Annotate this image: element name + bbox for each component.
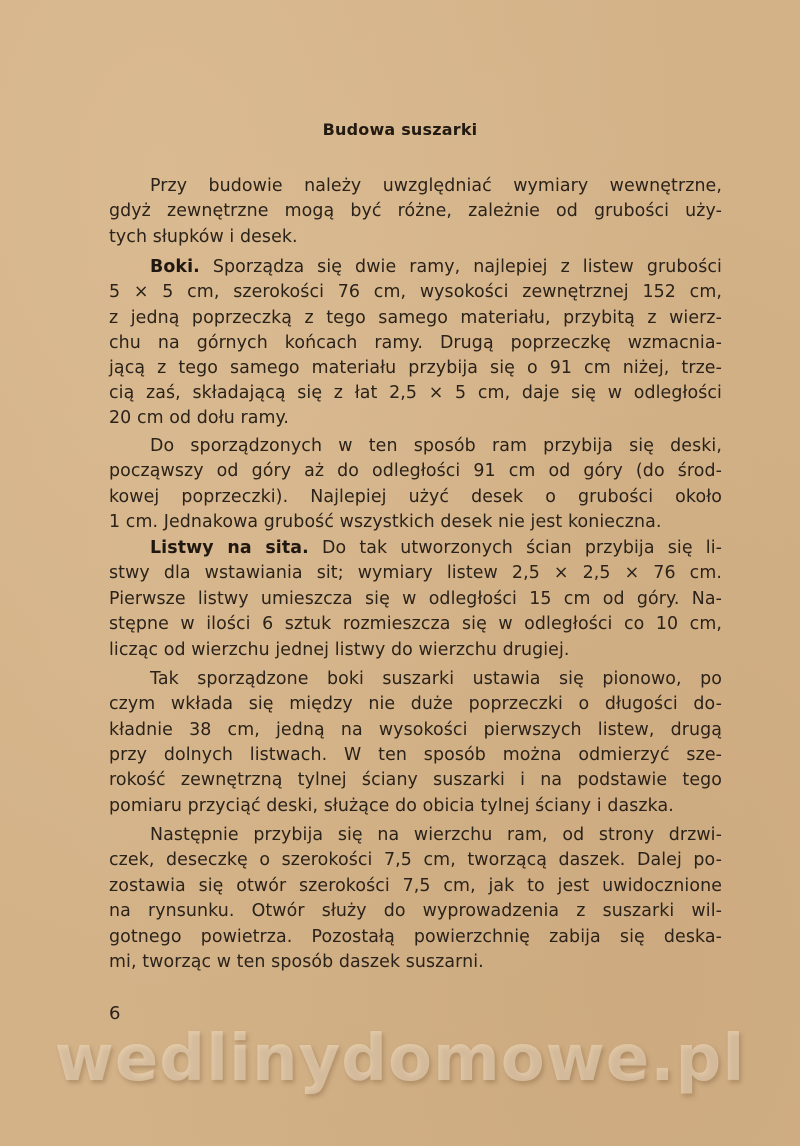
watermark: wedlinydomowe.pl	[0, 1022, 800, 1096]
text-line: zostawia się otwór szerokości 7,5 cm, ja…	[109, 874, 722, 898]
text-line: tych słupków i desek.	[109, 225, 722, 249]
text-line: jącą z tego samego materiału przybija si…	[109, 356, 722, 380]
text-line: począwszy od góry aż do odległości 91 cm…	[109, 459, 722, 483]
text-line: gotnego powietrza. Pozostałą powierzchni…	[109, 925, 722, 949]
text-line: Przy budowie należy uwzględniać wymiary …	[150, 174, 722, 198]
text-line: kładnie 38 cm, jedną na wysokości pierws…	[109, 718, 722, 742]
text-line: mi, tworząc w ten sposób daszek suszarni…	[109, 950, 722, 974]
text-line: 5 × 5 cm, szerokości 76 cm, wysokości ze…	[109, 280, 722, 304]
document-page: Budowa suszarki Przy budowie należy uwzg…	[0, 0, 800, 1146]
section-lead-boki: Boki.	[150, 257, 200, 277]
text-line: kowej poprzeczki). Najlepiej użyć desek …	[109, 485, 722, 509]
text-line: przy dolnych listwach. W ten sposób możn…	[109, 743, 722, 767]
text-line: cią zaś, składającą się z łat 2,5 × 5 cm…	[109, 381, 722, 405]
text-line: Tak sporządzone boki suszarki ustawia si…	[150, 667, 722, 691]
text-line: na rynsunku. Otwór służy do wyprowadzeni…	[109, 899, 722, 923]
text-line: Boki. Sporządza się dwie ramy, najlepiej…	[150, 255, 722, 279]
text-line: stępne w ilości 6 sztuk rozmieszcza się …	[109, 612, 722, 636]
page-number: 6	[109, 1003, 120, 1024]
text-line: z jedną poprzeczką z tego samego materia…	[109, 306, 722, 330]
text-line: Pierwsze listwy umieszcza się w odległoś…	[109, 587, 722, 611]
text-line: gdyż zewnętrzne mogą być różne, zależnie…	[109, 199, 722, 223]
text-line: czek, deseczkę o szerokości 7,5 cm, twor…	[109, 848, 722, 872]
text-line: 1 cm. Jednakowa grubość wszystkich desek…	[109, 510, 722, 534]
text-line: Listwy na sita. Do tak utworzonych ścian…	[150, 536, 722, 560]
text-line: Do sporządzonych w ten sposób ram przybi…	[150, 434, 722, 458]
text-line: chu na górnych końcach ramy. Drugą poprz…	[109, 331, 722, 355]
page-title: Budowa suszarki	[0, 120, 800, 139]
text-line: Następnie przybija się na wierzchu ram, …	[150, 823, 722, 847]
text-line: czym wkłada się między nie duże poprzecz…	[109, 692, 722, 716]
text-line: 20 cm od dołu ramy.	[109, 406, 722, 430]
text-line: pomiaru przyciąć deski, służące do obici…	[109, 794, 722, 818]
text-line: rokość zewnętrzną tylnej ściany suszarki…	[109, 768, 722, 792]
text-span: Do tak utworzonych ścian przybija się li…	[309, 538, 722, 558]
text-line: stwy dla wstawiania sit; wymiary listew …	[109, 561, 722, 585]
text-line: licząc od wierzchu jednej listwy do wier…	[109, 638, 722, 662]
section-lead-listwy: Listwy na sita.	[150, 538, 309, 558]
text-span: Sporządza się dwie ramy, najlepiej z lis…	[200, 257, 722, 277]
